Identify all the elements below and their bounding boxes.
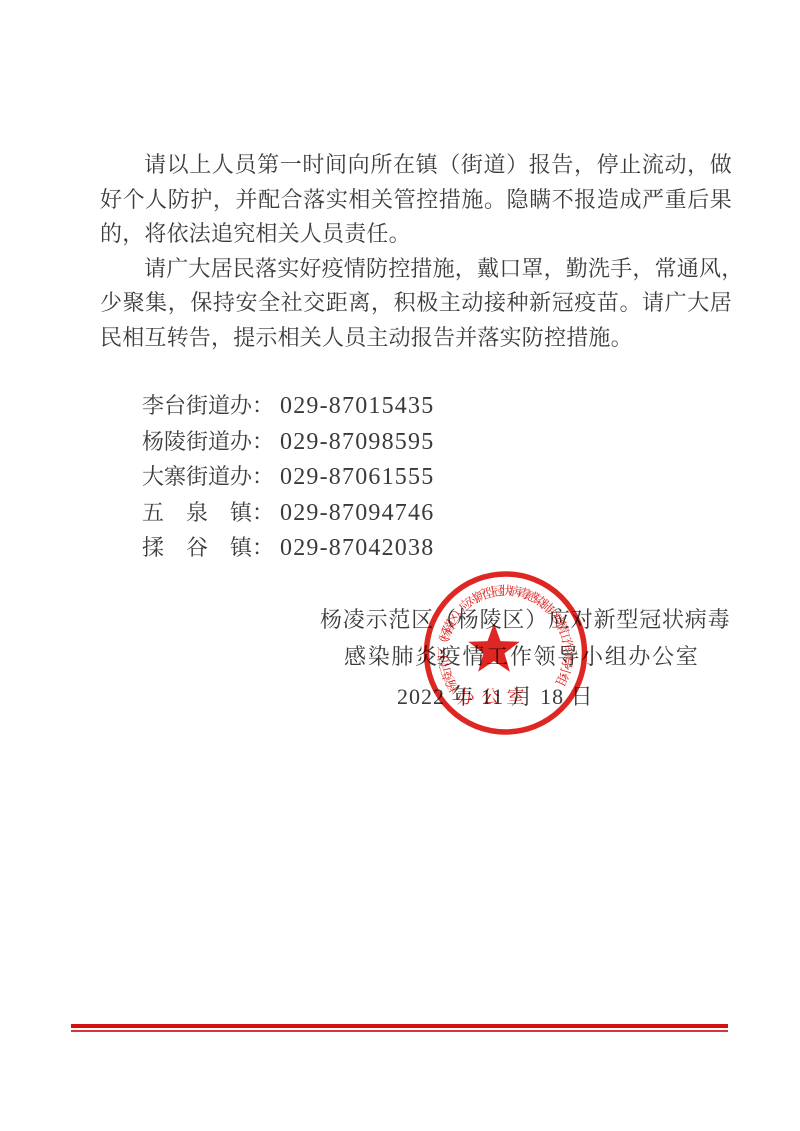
contact-colon: ： — [252, 495, 274, 531]
body-text-line: 的，将依法追究相关人员责任。 — [100, 217, 732, 252]
body-text-line: 民相互转告，提示相关人员主动报告并落实防控措施。 — [100, 321, 732, 356]
contact-row: 大寨街道办：029-87061555 — [142, 459, 434, 495]
contact-row: 五泉镇：029-87094746 — [142, 495, 434, 531]
footer-rule-thick — [71, 1024, 728, 1028]
document-page: 请以上人员第一时间向所在镇（街道）报告，停止流动，做 好个人防护，并配合落实相关… — [0, 0, 800, 1131]
contact-phone-number: 029-87042038 — [280, 535, 434, 561]
contact-name: 大寨街道办 — [142, 459, 252, 495]
contact-colon: ： — [252, 424, 274, 460]
contact-row: 杨陵街道办：029-87098595 — [142, 424, 434, 460]
paragraph: 请广大居民落实好疫情防控措施，戴口罩，勤洗手，常通风， 少聚集，保持安全社交距离… — [100, 252, 732, 356]
contact-phone-number: 029-87015435 — [280, 393, 434, 419]
contact-colon: ： — [252, 459, 274, 495]
contact-colon: ： — [252, 388, 274, 424]
contact-colon: ： — [252, 530, 274, 566]
paragraph: 请以上人员第一时间向所在镇（街道）报告，停止流动，做 好个人防护，并配合落实相关… — [100, 148, 732, 252]
footer-rule-thin — [71, 1030, 728, 1032]
contact-list: 李台街道办：029-87015435 杨陵街道办：029-87098595 大寨… — [142, 388, 434, 566]
signature-org-name-line2: 感染肺炎疫情工作领导小组办公室 — [344, 640, 700, 674]
signature-org-name-line1: 杨凌示范区（杨陵区）应对新型冠状病毒 — [320, 603, 730, 637]
contact-row: 揉谷镇：029-87042038 — [142, 530, 434, 566]
body-text-block: 请以上人员第一时间向所在镇（街道）报告，停止流动，做 好个人防护，并配合落实相关… — [100, 148, 732, 355]
contact-phone-number: 029-87094746 — [280, 500, 434, 526]
contact-phone-number: 029-87098595 — [280, 429, 434, 455]
contact-name: 杨陵街道办 — [142, 424, 252, 460]
body-text-line: 请以上人员第一时间向所在镇（街道）报告，停止流动，做 — [100, 148, 732, 183]
body-text-line: 好个人防护，并配合落实相关管控措施。隐瞒不报造成严重后果 — [100, 183, 732, 218]
contact-phone-number: 029-87061555 — [280, 464, 434, 490]
signature-date: 2022 年 11 月 18 日 — [397, 680, 594, 714]
body-text-line: 请广大居民落实好疫情防控措施，戴口罩，勤洗手，常通风， — [100, 252, 732, 287]
contact-name: 五泉镇 — [142, 495, 252, 531]
body-text-line: 少聚集，保持安全社交距离，积极主动接种新冠疫苗。请广大居 — [100, 286, 732, 321]
contact-row: 李台街道办：029-87015435 — [142, 388, 434, 424]
contact-name: 揉谷镇 — [142, 530, 252, 566]
contact-name: 李台街道办 — [142, 388, 252, 424]
